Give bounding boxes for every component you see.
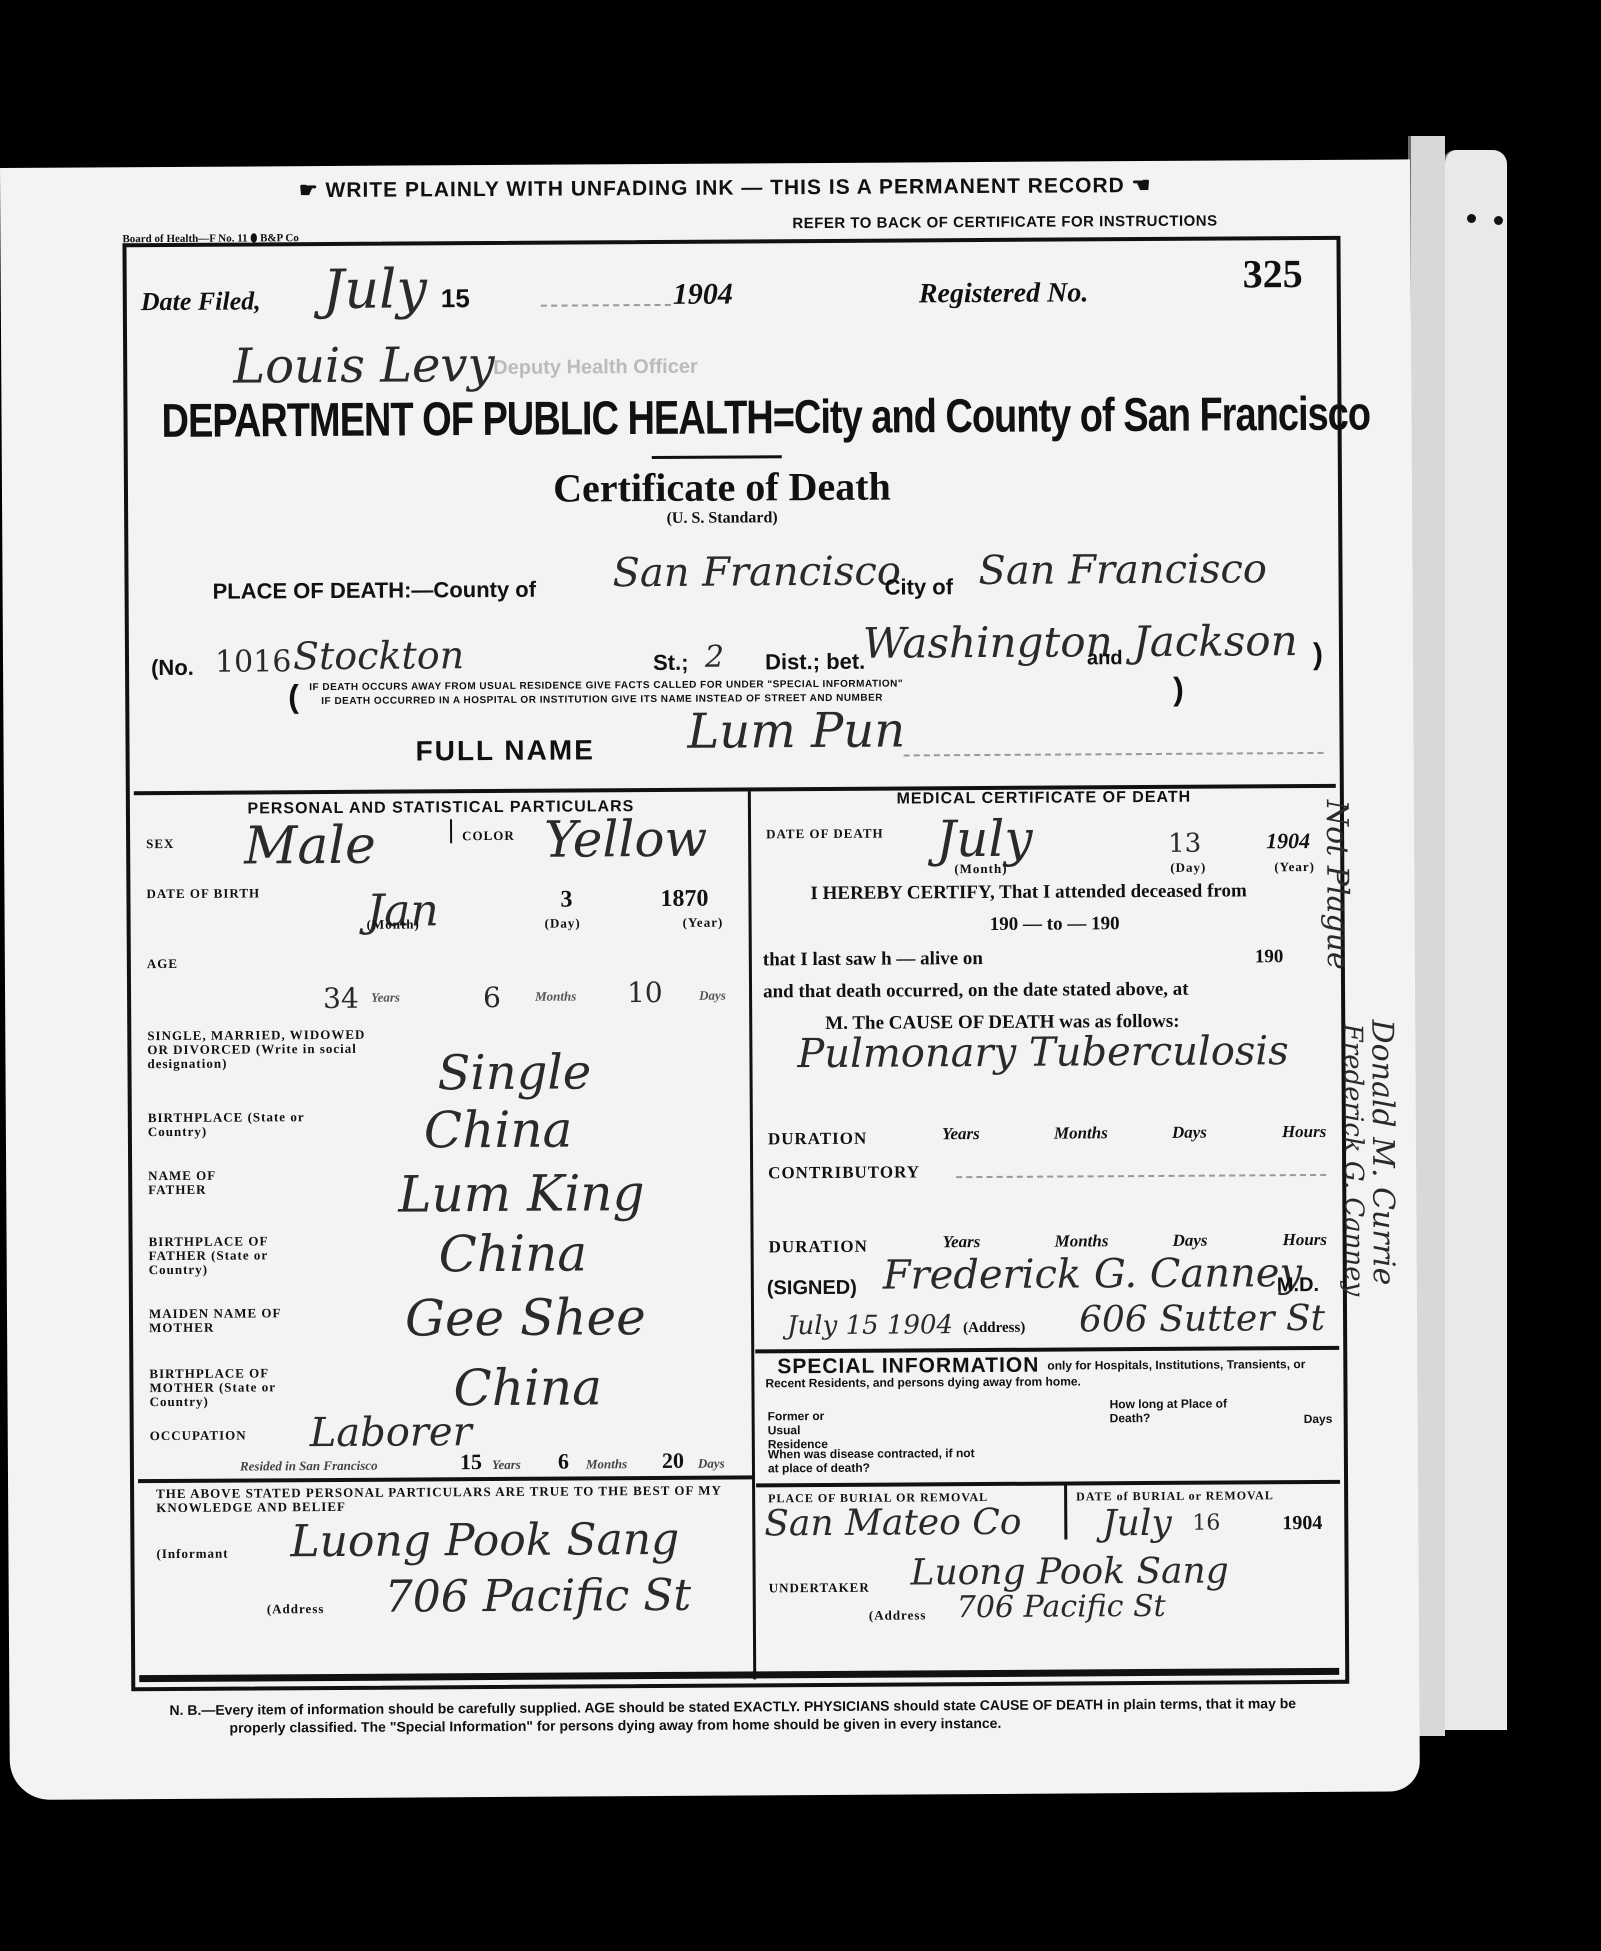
death-certificate: ☛ WRITE PLAINLY WITH UNFADING INK — THIS… bbox=[0, 159, 1420, 1800]
special-subheading: only for Hospitals, Institutions, Transi… bbox=[765, 1356, 1335, 1391]
close-paren: ) bbox=[1173, 671, 1184, 708]
instructions-note: REFER TO BACK OF CERTIFICATE FOR INSTRUC… bbox=[792, 213, 1217, 233]
marital-label: SINGLE, MARRIED, WIDOWED OR DIVORCED (Wr… bbox=[147, 1028, 387, 1071]
color-label: COLOR bbox=[462, 829, 515, 843]
undertaker-label: UNDERTAKER bbox=[769, 1581, 870, 1596]
street-label: St.; bbox=[653, 650, 689, 676]
mother-birthplace-value: China bbox=[453, 1358, 602, 1417]
signed-date: July 15 1904 bbox=[787, 1310, 953, 1341]
months-caption: Months bbox=[535, 988, 576, 1004]
mother-label: MAIDEN NAME OF MOTHER bbox=[149, 1306, 289, 1335]
duration-label: DURATION bbox=[768, 1129, 867, 1150]
month-caption: (Month) bbox=[954, 862, 1007, 876]
between-street-1: Washington bbox=[863, 617, 1113, 668]
contributory-label: CONTRIBUTORY bbox=[768, 1162, 920, 1183]
color-value: Yellow bbox=[544, 810, 707, 869]
day-caption: (Day) bbox=[1170, 861, 1206, 875]
father-label: NAME OF FATHER bbox=[148, 1169, 248, 1198]
column-divider bbox=[1064, 1484, 1067, 1540]
father-birthplace-value: China bbox=[438, 1224, 587, 1283]
birthplace-value: China bbox=[424, 1101, 573, 1160]
margin-note-signature-1: Donald M. Currie bbox=[1364, 1019, 1401, 1285]
mother-value: Gee Shee bbox=[405, 1288, 646, 1347]
birthplace-label: BIRTHPLACE (State or Country) bbox=[148, 1110, 308, 1139]
days-caption: Days bbox=[699, 988, 726, 1004]
year-caption: (Year) bbox=[1274, 860, 1315, 874]
filed-by-title: Deputy Health Officer bbox=[493, 356, 698, 380]
day-caption: (Day) bbox=[545, 916, 581, 930]
resided-months: 6 bbox=[558, 1449, 569, 1475]
last-saw-year: 190 bbox=[1255, 946, 1284, 968]
informant-name: Luong Pook Sang bbox=[290, 1514, 679, 1567]
pointing-hand-icon: ☛ bbox=[299, 179, 326, 202]
date-filed-year: 1904 bbox=[673, 278, 733, 312]
duration-years-2: Years bbox=[943, 1232, 981, 1252]
district-value: 2 bbox=[705, 640, 724, 675]
dob-day: 3 bbox=[560, 887, 572, 914]
resided-days: 20 bbox=[662, 1448, 684, 1474]
contracted-label: When was disease contracted, if not at p… bbox=[768, 1446, 988, 1475]
district-label: Dist.; bet. bbox=[765, 649, 865, 676]
department-title: DEPARTMENT OF PUBLIC HEALTH=City and Cou… bbox=[161, 389, 1291, 450]
duration-months: Months bbox=[1054, 1123, 1108, 1143]
ink-spot bbox=[1467, 214, 1476, 223]
city-label: City of bbox=[885, 574, 954, 600]
informant-address-label: (Address bbox=[267, 1602, 325, 1616]
years-caption: Years bbox=[371, 990, 400, 1006]
duration-days-2: Days bbox=[1173, 1231, 1208, 1251]
informant-label: (Informant bbox=[156, 1547, 228, 1561]
certificate-title: Certificate of Death bbox=[442, 462, 1002, 512]
year-caption: (Year) bbox=[683, 916, 724, 930]
occupation-label: OCCUPATION bbox=[150, 1429, 247, 1444]
and-label: and bbox=[1087, 647, 1123, 670]
burial-place: San Mateo Co bbox=[764, 1502, 1021, 1545]
cause-of-death: Pulmonary Tuberculosis bbox=[797, 1028, 1289, 1077]
duration-label-2: DURATION bbox=[769, 1237, 868, 1258]
md-label: M.D. bbox=[1277, 1274, 1319, 1297]
street-name: Stockton bbox=[293, 633, 464, 678]
street-number: 1016 bbox=[215, 644, 292, 679]
registered-number: 325 bbox=[1243, 250, 1303, 297]
month-caption: (Month) bbox=[367, 917, 420, 931]
street-number-label: (No. bbox=[151, 655, 194, 681]
sex-value: Male bbox=[244, 816, 376, 877]
resided-label: Resided in San Francisco bbox=[240, 1458, 378, 1475]
between-street-2: Jackson bbox=[1133, 616, 1298, 666]
occurred-statement: and that death occurred, on the date sta… bbox=[763, 979, 1189, 1004]
attended-dates: 190 — to — 190 bbox=[785, 912, 1325, 937]
close-paren: ) bbox=[1313, 638, 1323, 672]
informant-address: 706 Pacific St bbox=[385, 1570, 692, 1623]
physician-address: 606 Sutter St bbox=[1079, 1298, 1325, 1341]
certify-statement: I HEREBY CERTIFY, That I attended deceas… bbox=[810, 880, 1247, 905]
standard-subtitle: (U. S. Standard) bbox=[442, 508, 1002, 529]
date-filed-day: 15 bbox=[441, 283, 470, 314]
age-years: 34 bbox=[323, 982, 359, 1015]
dod-day: 13 bbox=[1168, 829, 1201, 859]
date-filed-month: July bbox=[323, 257, 428, 321]
sex-label: SEX bbox=[146, 837, 174, 851]
burial-day: 16 bbox=[1192, 1511, 1220, 1536]
ink-spot bbox=[1494, 216, 1503, 225]
days-label: Days bbox=[1304, 1412, 1333, 1426]
page-edge-back bbox=[1442, 150, 1507, 1730]
age-label: AGE bbox=[147, 957, 178, 971]
burial-date-label: DATE of BURIAL or REMOVAL bbox=[1076, 1488, 1274, 1503]
mother-birthplace-label: BIRTHPLACE OF MOTHER (State or Country) bbox=[149, 1366, 309, 1409]
footnote: N. B.—Every item of information should b… bbox=[169, 1694, 1319, 1737]
undertaker-name: Luong Pook Sang bbox=[910, 1551, 1228, 1594]
dod-label: DATE OF DEATH bbox=[766, 827, 884, 842]
informant-statement: THE ABOVE STATED PERSONAL PARTICULARS AR… bbox=[156, 1483, 746, 1515]
burial-year: 1904 bbox=[1282, 1512, 1322, 1535]
pointing-hand-icon: ☚ bbox=[1125, 174, 1152, 197]
marital-value: Single bbox=[437, 1044, 591, 1101]
full-name-label: FULL NAME bbox=[415, 734, 594, 767]
dod-year: 1904 bbox=[1266, 828, 1310, 854]
undertaker-address-label: (Address bbox=[869, 1608, 927, 1622]
last-saw-statement: that I last saw h — alive on bbox=[763, 948, 983, 971]
registered-label: Registered No. bbox=[919, 277, 1089, 310]
full-name-value: Lum Pun bbox=[687, 702, 905, 759]
filed-by-signature: Louis Levy bbox=[233, 337, 495, 395]
margin-note-not-plague: Not Plague bbox=[1319, 800, 1355, 970]
duration-days: Days bbox=[1172, 1123, 1207, 1143]
father-value: Lum King bbox=[398, 1164, 645, 1224]
resided-years-caption: Years bbox=[492, 1457, 521, 1473]
duration-years: Years bbox=[942, 1124, 980, 1144]
banner: ☛ WRITE PLAINLY WITH UNFADING INK — THIS… bbox=[170, 172, 1280, 204]
resided-months-caption: Months bbox=[586, 1456, 627, 1472]
divider bbox=[450, 819, 452, 843]
former-residence-label: Former or Usual Residence bbox=[768, 1409, 858, 1452]
father-birthplace-label: BIRTHPLACE OF FATHER (State or Country) bbox=[149, 1234, 309, 1277]
open-paren: ( bbox=[288, 678, 299, 715]
physician-address-label: (Address) bbox=[963, 1320, 1025, 1337]
margin-note-signature-2: Frederick G. Canney bbox=[1337, 1024, 1369, 1297]
occupation-value: Laborer bbox=[310, 1409, 472, 1456]
banner-text: WRITE PLAINLY WITH UNFADING INK — THIS I… bbox=[325, 174, 1124, 202]
dob-year: 1870 bbox=[660, 886, 708, 913]
date-filed-label: Date Filed, bbox=[141, 286, 261, 317]
medical-heading: MEDICAL CERTIFICATE OF DEATH bbox=[754, 788, 1334, 810]
age-days: 10 bbox=[627, 976, 663, 1009]
duration-hours: Hours bbox=[1282, 1122, 1327, 1142]
resided-days-caption: Days bbox=[698, 1456, 725, 1472]
physician-signature: Frederick G. Canney bbox=[883, 1250, 1303, 1299]
county-value: San Francisco bbox=[612, 549, 901, 597]
resided-years: 15 bbox=[460, 1449, 482, 1475]
undertaker-address: 706 Pacific St bbox=[957, 1589, 1166, 1625]
duration-months-2: Months bbox=[1055, 1231, 1109, 1251]
dod-month: July bbox=[936, 810, 1033, 869]
burial-month: July bbox=[1102, 1503, 1172, 1544]
city-value: San Francisco bbox=[978, 546, 1267, 594]
signed-label: (SIGNED) bbox=[767, 1277, 857, 1301]
place-of-death-label: PLACE OF DEATH:—County of bbox=[213, 577, 537, 605]
how-long-label: How long at Place of Death? bbox=[1110, 1396, 1240, 1425]
age-months: 6 bbox=[483, 981, 501, 1014]
dob-label: DATE OF BIRTH bbox=[146, 886, 260, 901]
duration-hours-2: Hours bbox=[1283, 1230, 1328, 1250]
